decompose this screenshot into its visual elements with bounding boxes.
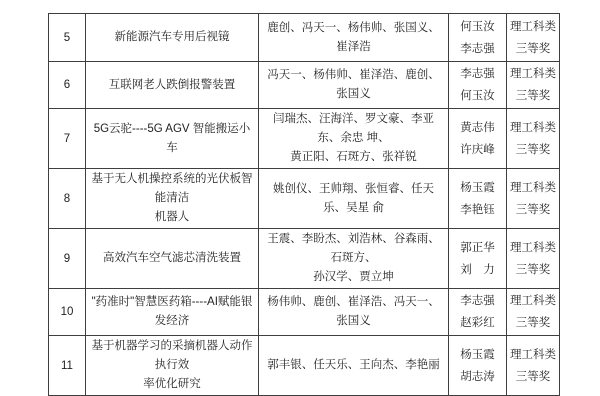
award-cell: 理工科类三等奖 <box>507 109 560 169</box>
cell-line: 李志强 <box>452 63 503 85</box>
cell-line: 杨伟帅、鹿创、崔泽浩、冯天一、张国义 <box>262 293 445 307</box>
cell-line: 理工科类 <box>510 290 556 307</box>
cell-line: 刘 力 <box>452 259 503 281</box>
cell-line: 姚创仪、王帅翔、张恒睿、任天乐、吴星 俞 <box>262 180 445 218</box>
advisors-cell: 何玉汝李志强 <box>449 14 507 62</box>
row-number-cell: 7 <box>49 109 86 169</box>
table-row: 7 5G云驼----5G AGV 智能搬运小车 闫瑞杰、汪海洋、罗文豪、李亚东、… <box>49 109 560 169</box>
members-cell: 鹿创、冯天一、杨伟帅、张国义、崔泽浩 <box>259 14 449 62</box>
cell-line: 冯天一、杨伟帅、崔泽浩、鹿创、张国义 <box>262 66 445 104</box>
project-cell: 互联网老人跌倒报警装置 <box>86 62 259 109</box>
cell-line: 三等奖 <box>510 139 556 161</box>
cell-line: 理工科类 <box>510 63 556 85</box>
cell-line: 机器人 <box>89 208 255 227</box>
table-row: 9 高效汽车空气滤芯清洗装置 王震、李盼杰、刘浩林、谷森雨、石斑方、孙汉学、贾立… <box>49 229 560 289</box>
cell-line: 李志强 <box>452 38 503 60</box>
cell-line: 高效汽车空气滤芯清洗装置 <box>89 249 255 268</box>
table-row: 8 基于无人机操控系统的光伏板智能清洁机器人 姚创仪、王帅翔、张恒睿、任天乐、吴… <box>49 169 560 229</box>
project-cell: 新能源汽车专用后视镜 <box>86 14 259 62</box>
cell-line: 理工科类 <box>510 117 556 139</box>
table-row: 5 新能源汽车专用后视镜 鹿创、冯天一、杨伟帅、张国义、崔泽浩 何玉汝李志强 理… <box>49 14 560 62</box>
award-cell: 理工科类三等奖 <box>507 229 560 289</box>
row-number-cell: 5 <box>49 14 86 62</box>
row-number-cell: 8 <box>49 169 86 229</box>
cell-line: 何玉汝 <box>452 85 503 107</box>
cell-line: 郭正华 <box>452 237 503 259</box>
cell-line: 何玉汝 <box>452 16 503 38</box>
project-cell: 基于无人机操控系统的光伏板智能清洁机器人 <box>86 169 259 229</box>
members-cell: 冯天一、杨伟帅、崔泽浩、鹿创、张国义 <box>259 62 449 109</box>
members-cell: 杨伟帅、鹿创、崔泽浩、冯天一、张国义 <box>259 289 449 308</box>
cell-line: 黄志伟 <box>452 117 503 139</box>
awards-table-body: 5 新能源汽车专用后视镜 鹿创、冯天一、杨伟帅、张国义、崔泽浩 何玉汝李志强 理… <box>49 14 560 308</box>
cell-line: 鹿创、冯天一、杨伟帅、张国义、崔泽浩 <box>262 19 445 57</box>
cell-line: 理工科类 <box>510 16 556 38</box>
award-list-table-sheet: 5 新能源汽车专用后视镜 鹿创、冯天一、杨伟帅、张国义、崔泽浩 何玉汝李志强 理… <box>48 13 560 307</box>
table-row: 6 互联网老人跌倒报警装置 冯天一、杨伟帅、崔泽浩、鹿创、张国义 李志强何玉汝 … <box>49 62 560 109</box>
cell-line: 三等奖 <box>510 259 556 281</box>
cell-line: 杨玉霞 <box>452 177 503 199</box>
members-cell: 闫瑞杰、汪海洋、罗文豪、李亚东、余忠 坤、黄正阳、石斑方、张祥锐 <box>259 109 449 169</box>
cell-line: 黄正阳、石斑方、张祥锐 <box>262 148 445 167</box>
cell-line: 李志强 <box>452 290 503 307</box>
cell-line: 王震、李盼杰、刘浩林、谷森雨、石斑方、 <box>262 230 445 268</box>
cell-line: 理工科类 <box>510 237 556 259</box>
project-cell: 高效汽车空气滤芯清洗装置 <box>86 229 259 289</box>
cell-line: 三等奖 <box>510 38 556 60</box>
cell-line: 互联网老人跌倒报警装置 <box>89 76 255 95</box>
project-cell: 5G云驼----5G AGV 智能搬运小车 <box>86 109 259 169</box>
cell-line: 三等奖 <box>510 85 556 107</box>
award-cell: 理工科类三等奖 <box>507 14 560 62</box>
cell-line: 新能源汽车专用后视镜 <box>89 28 255 47</box>
row-number-cell: 9 <box>49 229 86 289</box>
advisors-cell: 李志强赵彩红 <box>449 289 507 308</box>
members-cell: 王震、李盼杰、刘浩林、谷森雨、石斑方、孙汉学、贾立坤 <box>259 229 449 289</box>
advisors-cell: 李志强何玉汝 <box>449 62 507 109</box>
row-number-cell: 10 <box>49 289 86 308</box>
award-cell: 理工科类三等奖 <box>507 62 560 109</box>
advisors-cell: 黄志伟许庆峰 <box>449 109 507 169</box>
award-cell: 理工科类三等奖 <box>507 169 560 229</box>
cell-line: 理工科类 <box>510 177 556 199</box>
cell-line: 基于无人机操控系统的光伏板智能清洁 <box>89 170 255 208</box>
cell-line: 闫瑞杰、汪海洋、罗文豪、李亚东、余忠 坤、 <box>262 110 445 148</box>
cell-line: 5G云驼----5G AGV 智能搬运小车 <box>89 120 255 158</box>
cell-line: 许庆峰 <box>452 139 503 161</box>
project-cell: "药准时"智慧医药箱----AI赋能银发经济 <box>86 289 259 308</box>
award-list-table: 5 新能源汽车专用后视镜 鹿创、冯天一、杨伟帅、张国义、崔泽浩 何玉汝李志强 理… <box>48 13 560 307</box>
cell-line: 三等奖 <box>510 199 556 221</box>
advisors-cell: 杨玉霞李艳钰 <box>449 169 507 229</box>
table-row: 10 "药准时"智慧医药箱----AI赋能银发经济 杨伟帅、鹿创、崔泽浩、冯天一… <box>49 289 560 308</box>
cell-line: 孙汉学、贾立坤 <box>262 268 445 287</box>
row-number-cell: 6 <box>49 62 86 109</box>
cell-line: "药准时"智慧医药箱----AI赋能银发经济 <box>89 293 255 307</box>
members-cell: 姚创仪、王帅翔、张恒睿、任天乐、吴星 俞 <box>259 169 449 229</box>
award-cell: 理工科类三等奖 <box>507 289 560 308</box>
cell-line: 李艳钰 <box>452 199 503 221</box>
advisors-cell: 郭正华刘 力 <box>449 229 507 289</box>
